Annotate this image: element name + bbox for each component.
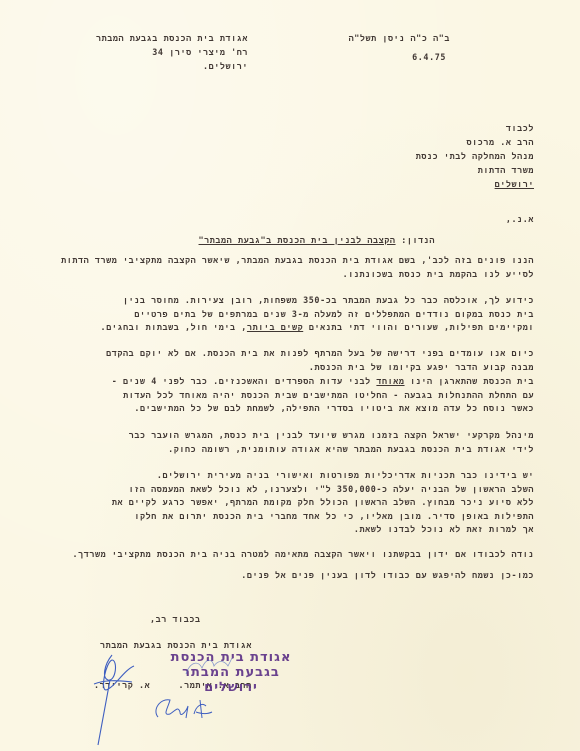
- paragraph-line: ללא סיוע ניכר מבחוץ. השלב הראשון הכולל ח…: [40, 496, 534, 510]
- paragraph-line: כמו-כן נשמח להיפגש עם כבודו לדון בענין פ…: [40, 569, 534, 583]
- recipient-city: ירושלים: [416, 177, 534, 191]
- paragraph-line: התפילות באופן סדיר. מובן מאליו, כי כל אח…: [40, 510, 534, 524]
- paragraph-line: ומקיימים תפילות, שעורים והווי דתי בתנאים…: [40, 321, 534, 335]
- paragraph-request-approval: נודה לכבודו אם ידון בבקשתנו ויאשר הקצבה …: [40, 548, 534, 562]
- paragraph-building-plans: יש בידינו כבר תכניות אדריכליות מפורטות ו…: [40, 469, 534, 537]
- paragraph-line: הננו פונים בזה לכב', בשם אגודת בית הכנסת…: [40, 254, 534, 268]
- closing-salutation: בכבוד רב,: [150, 612, 201, 626]
- numeric-date: 6.4.75: [412, 50, 446, 64]
- signature-overlay: [180, 652, 240, 682]
- recipient-address: לכבודהרב א. מרכוסמנהל המחלקה לבתי כנסתמש…: [416, 121, 534, 191]
- subject-label: הנדון:: [401, 235, 435, 245]
- paragraph-line: אך למרות זאת לא נוכל לבדנו לשאת.: [40, 523, 534, 537]
- paragraph-line: כאשר נוסח כל עדה מוצא את ביטויו בסדרי הת…: [40, 402, 534, 416]
- paragraph-line: בית הכנסת שהתארגן הינו מאוחד לבני עדות ה…: [40, 375, 534, 389]
- sender-city: ירושלים.: [88, 59, 248, 73]
- paragraph-line: השלב הראשון של הבניה יעלה כ-350,000 ל"י …: [40, 483, 534, 497]
- recipient-name: הרב א. מרכוס: [416, 135, 534, 149]
- paragraph-meeting-request: כמו-כן נשמח להיפגש עם כבודו לדון בענין פ…: [40, 569, 534, 583]
- sender-org-name: אגודת בית הכנסת בגבעת המבתר: [88, 31, 248, 45]
- letter-page: אגודת בית הכנסת בגבעת המבתררח' מיצרי סיר…: [0, 0, 580, 751]
- subject-text: הקצבה לבנין בית הכנסת ב"גבעת המבתר": [199, 235, 396, 245]
- paragraph-line: מבנה קבוע הדבר יפגע בקיומו של בית הכנסת.: [40, 361, 534, 375]
- sender-address: אגודת בית הכנסת בגבעת המבתררח' מיצרי סיר…: [88, 31, 248, 73]
- underlined-phrase: קשים ביותר: [247, 322, 303, 332]
- recipient-ministry: משרד הדתות: [416, 163, 534, 177]
- hebrew-date: ב"ה כ"ה ניסן תשל"ה: [349, 31, 450, 45]
- paragraph-background: כידוע לך, אוכלסה כבר כל גבעת המבתר בכ-35…: [40, 294, 534, 335]
- paragraph-line: לידי אגודת בית הכנסת בגבעת המבתר שהיא אג…: [40, 443, 534, 457]
- paragraph-request: הננו פונים בזה לכב', בשם אגודת בית הכנסת…: [40, 254, 534, 281]
- paragraph-line: לסייע לנו בהקמת בית כנסת בשכונתנו.: [40, 268, 534, 282]
- paragraph-land-allocation: מינהל מקרקעי ישראל הקצה בזמנו מגרש שיועד…: [40, 429, 534, 456]
- paragraph-line: כיום אנו עומדים בפני דרישה של בעל המרתף …: [40, 347, 534, 361]
- greeting: א.נ.,: [506, 212, 534, 226]
- paragraph-line: מינהל מקרקעי ישראל הקצה בזמנו מגרש שיועד…: [40, 429, 534, 443]
- paragraph-line: בית כנסת במקום נודדים המתפללים זה למעלה …: [40, 308, 534, 322]
- paragraph-unified-congregation: בית הכנסת שהתארגן הינו מאוחד לבני עדות ה…: [40, 375, 534, 416]
- subject-line: הנדון: הקצבה לבנין בית הכנסת ב"גבעת המבת…: [199, 233, 435, 247]
- recipient-title: מנהל המחלקה לבתי כנסת: [416, 149, 534, 163]
- paragraph-line: יש בידינו כבר תכניות אדריכליות מפורטות ו…: [40, 469, 534, 483]
- paragraph-line: נודה לכבודו אם ידון בבקשתנו ויאשר הקצבה …: [40, 548, 534, 562]
- signature-right: [150, 692, 220, 732]
- underlined-phrase: מאוחד: [376, 376, 404, 386]
- sender-street: רח' מיצרי סירן 34: [88, 45, 248, 59]
- recipient-salutation: לכבוד: [416, 121, 534, 135]
- paragraph-urgency: כיום אנו עומדים בפני דרישה של בעל המרתף …: [40, 347, 534, 374]
- paragraph-line: עם התחלת ההתנחלות בגבעה - החליטו המתישבי…: [40, 389, 534, 403]
- paragraph-line: כידוע לך, אוכלסה כבר כל גבעת המבתר בכ-35…: [40, 294, 534, 308]
